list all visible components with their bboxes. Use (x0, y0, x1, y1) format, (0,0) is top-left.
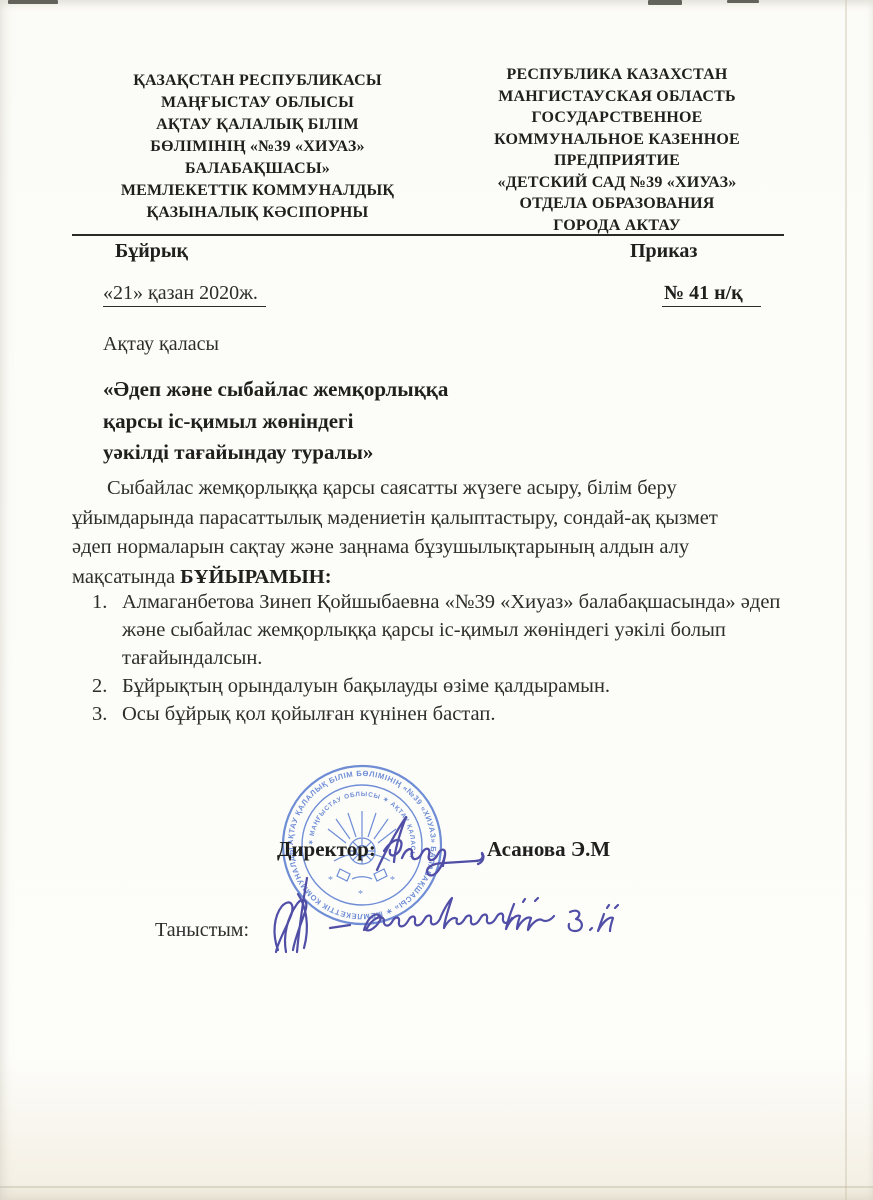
list-item-number: 2. (92, 672, 122, 700)
letterhead-kk-line: БӨЛІМІНІҢ «№39 «ХИУАЗ» (75, 136, 440, 158)
stamp-star-bottom: * (358, 889, 363, 900)
list-item: 2. Бұйрықтың орындалуын бақылауды өзіме … (92, 672, 804, 700)
letterhead-kk-line: БАЛАБАҚШАСЫ» (75, 158, 440, 180)
order-title-line: «Әдеп және сыбайлас жемқорлыққа (103, 374, 448, 406)
scan-crease (845, 0, 847, 1200)
director-label: Директор: (277, 837, 376, 862)
preamble-line: әдеп нормаларын сақтау және заңнама бұзу… (72, 533, 804, 563)
preamble-line: ұйымдарында парасаттылық мәдениетін қалы… (72, 504, 804, 534)
order-word-russian: Приказ (630, 240, 697, 263)
stamp-star-left: * (328, 875, 333, 886)
list-item-text: Бұйрықтың орындалуын бақылауды өзіме қал… (122, 672, 804, 700)
city-line: Ақтау қаласы (103, 333, 219, 356)
letterhead-ru-line: ПРЕДПРИЯТИЕ (472, 150, 762, 172)
scan-artifact-top-left (8, 0, 58, 4)
letterhead-divider (72, 234, 784, 236)
letterhead-kk-line: ҚАЗЫНАЛЫҚ КӘСІПОРНЫ (75, 202, 440, 224)
list-item-number: 1. (92, 588, 122, 672)
letterhead-kk-line: ҚАЗАҚСТАН РЕСПУБЛИКАСЫ (75, 70, 440, 92)
letterhead-ru-line: РЕСПУБЛИКА КАЗАХСТАН (472, 64, 762, 86)
letterhead-kk-line: МАҢҒЫСТАУ ОБЛЫСЫ (75, 92, 440, 114)
letterhead-kk-line: АҚТАУ ҚАЛАЛЫҚ БІЛІМ (75, 114, 440, 136)
order-verb: БҰЙЫРАМЫН: (180, 566, 331, 588)
list-item-number: 3. (92, 700, 122, 728)
letterhead-ru-line: ГОСУДАРСТВЕННОЕ (472, 107, 762, 129)
preamble-line: Сыбайлас жемқорлыққа қарсы саясатты жүзе… (72, 474, 804, 504)
list-item-text: Осы бұйрық қол қойылған күнінен бастап. (122, 700, 804, 728)
letterhead-russian: РЕСПУБЛИКА КАЗАХСТАН МАНГИСТАУСКАЯ ОБЛАС… (472, 64, 762, 236)
order-date: «21» қазан 2020ж. (103, 282, 266, 307)
director-name: Асанова Э.М (487, 837, 610, 862)
scan-artifact-top-mid (648, 0, 682, 5)
scan-bottom-shadow (0, 1186, 873, 1188)
order-title-line: қарсы іс-қимыл жөніндегі (103, 406, 448, 438)
order-title: «Әдеп және сыбайлас жемқорлыққа қарсы іс… (103, 374, 448, 469)
acknowledged-label: Таныстым: (155, 919, 249, 942)
list-item-text: Алмаганбетова Зинеп Қойшыбаевна «№39 «Хи… (122, 588, 804, 672)
stamp-star-right: * (390, 875, 395, 886)
scanned-order-document: ҚАЗАҚСТАН РЕСПУБЛИКАСЫ МАҢҒЫСТАУ ОБЛЫСЫ … (0, 0, 873, 1200)
order-word-kazakh: Бұйрық (115, 240, 188, 263)
order-number: № 41 н/қ (662, 282, 761, 307)
letterhead-ru-line: «ДЕТСКИЙ САД №39 «ХИУАЗ» (472, 172, 762, 194)
letterhead-kk-line: МЕМЛЕКЕТТІК КОММУНАЛДЫҚ (75, 180, 440, 202)
scan-artifact-top-right (727, 0, 759, 3)
preamble-line-start: мақсатында (72, 566, 180, 588)
list-item: 3. Осы бұйрық қол қойылған күнінен баста… (92, 700, 804, 728)
letterhead-ru-line: МАНГИСТАУСКАЯ ОБЛАСТЬ (472, 86, 762, 108)
letterhead-ru-line: ОТДЕЛА ОБРАЗОВАНИЯ (472, 193, 762, 215)
letterhead-ru-line: КОММУНАЛЬНОЕ КАЗЕННОЕ (472, 129, 762, 151)
letterhead-kazakh: ҚАЗАҚСТАН РЕСПУБЛИКАСЫ МАҢҒЫСТАУ ОБЛЫСЫ … (75, 70, 440, 224)
preamble-paragraph: Сыбайлас жемқорлыққа қарсы саясатты жүзе… (72, 474, 804, 592)
order-title-line: уәкілді тағайындау туралы» (103, 437, 448, 469)
directives-list: 1. Алмаганбетова Зинеп Қойшыбаевна «№39 … (92, 588, 804, 728)
letterhead-ru-line: ГОРОДА АКТАУ (472, 215, 762, 237)
list-item: 1. Алмаганбетова Зинеп Қойшыбаевна «№39 … (92, 588, 804, 672)
